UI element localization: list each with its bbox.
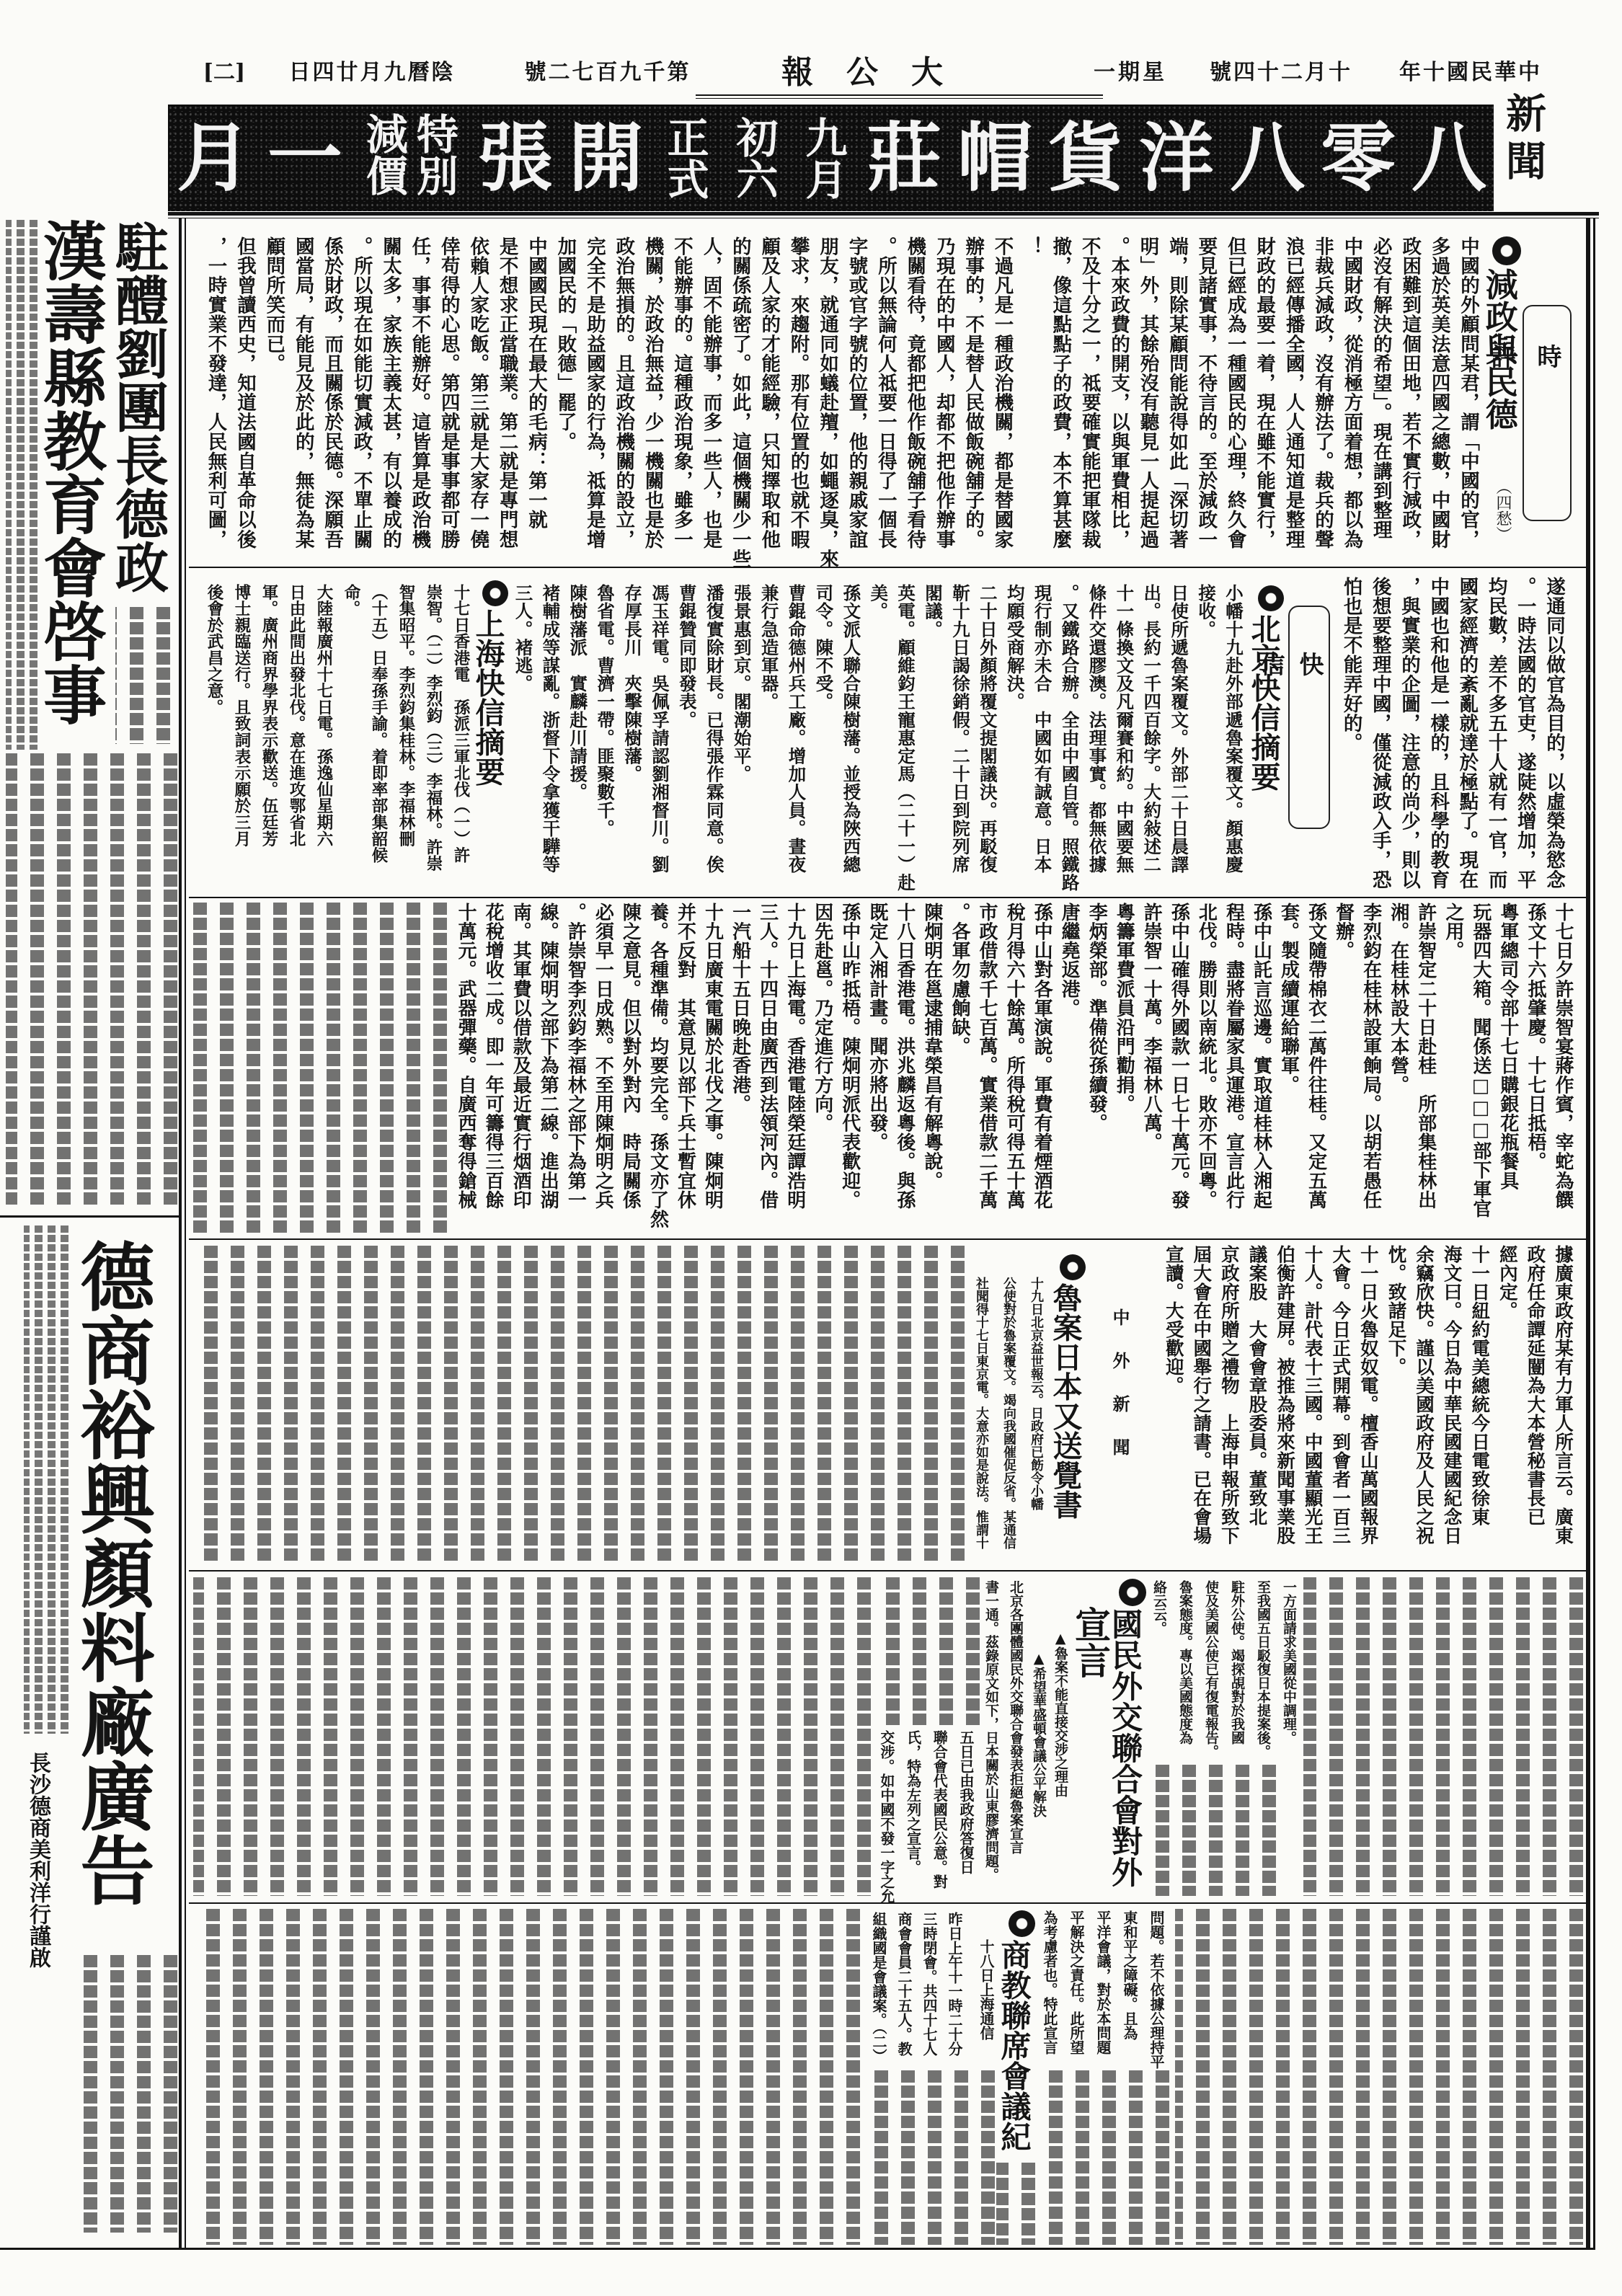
text-column: 完全不是助益國家的行為，祗算是增: [579, 236, 608, 572]
bullet-icon: [1119, 1579, 1146, 1606]
text-column: 十萬元。武器彈藥。自廣西奪得鎗械: [452, 903, 479, 1234]
illegible-fine-print: [115, 607, 170, 744]
text-column: 接收。: [1192, 584, 1220, 895]
banner-character: 張: [478, 120, 550, 195]
text-column: 孫文隨帶棉衣二萬件往桂。又定五萬: [1303, 903, 1330, 1234]
text-column: （十五）日奉孫手諭。着即率部集韶候: [365, 584, 392, 895]
section-label-foreign-news: 中外新聞: [1107, 1308, 1133, 1481]
text-column: 智集昭平。李烈鈞集桂林。李福林刪: [392, 584, 420, 895]
illegible-fine-print: [24, 1225, 68, 1734]
text-column: 中國財政，從消極方面着想，都以為: [1337, 236, 1365, 572]
text-column: 攀求，來趨附。那有位置的也就不暇: [783, 236, 812, 572]
text-column: 使及美國公使已有復電報告。: [1198, 1580, 1224, 1760]
text-column: 日由此間出發北伐。意在進攻鄂省北: [283, 584, 310, 895]
text-column: 現行制亦未合 中國如有誠意。日本: [1029, 584, 1056, 895]
text-column: 後會於武昌之意。: [200, 584, 228, 895]
text-column: 湘。在桂林設大本營。: [1385, 903, 1412, 1234]
text-column: 魯省電。曹濟一帶。匪聚數千。: [591, 584, 619, 895]
text-column: 係於財政，而且關係於民德。深願吾: [317, 236, 346, 572]
text-column: 不過凡是一種政治機關，都是替國家: [987, 236, 1016, 572]
text-column: 撤，像這點點子的政費，本不算甚麼: [1045, 236, 1074, 572]
text-column: 孫中山確得外國款一日七十萬元。發: [1165, 903, 1192, 1234]
bullet-icon: [1009, 1910, 1035, 1937]
text-column: 玩器四大箱。聞係送□□□部下軍官: [1467, 903, 1494, 1234]
text-column: 孫中山託言巡邊。實取道桂林入湘起: [1247, 903, 1275, 1234]
illegible-fine-print: [1175, 1909, 1583, 2245]
text-column: 中國國民現在最大的毛病：第一就: [521, 236, 550, 572]
text-column: 陳之意見。但以對外對內 時局關係: [616, 903, 644, 1234]
text-column: 既定入湘計畫。聞亦將出發。: [864, 903, 891, 1234]
section-label-commentary: 時評: [1523, 305, 1572, 521]
illegible-fine-print: [874, 1577, 980, 1725]
right-frame: [1593, 218, 1595, 2248]
weekday: 星期一: [1090, 56, 1171, 89]
masthead-rule: [696, 94, 1103, 96]
text-column: ！: [1016, 236, 1045, 572]
text-column: 十八日香港電。洪兆麟返粵後。與孫: [891, 903, 918, 1234]
text-column: 李炳榮部。準備從孫續發。: [1083, 903, 1110, 1234]
text-column: 并不反對 其意見以部下兵士暫宜休: [671, 903, 699, 1234]
meeting-report-title-text: 商教聯席會議紀: [997, 1939, 1032, 2151]
text-column: 平解決之責任。此所望: [1063, 1910, 1089, 2069]
bullet-icon: [1060, 1254, 1086, 1280]
banner-character: 洋: [1139, 120, 1211, 195]
text-column: 曹錕命德州兵工廠。增加人員。晝夜: [783, 584, 810, 895]
dye-factory-ad-signature: 長沙德商美利洋行謹啟: [22, 1752, 53, 1990]
text-column: 三人。褚逃。: [510, 584, 537, 895]
banner-character: 九月: [797, 112, 848, 204]
text-column: 經內定。: [1493, 1245, 1521, 1566]
text-column: 非裁兵減政，沒有辦法了。裁兵的聲: [1308, 236, 1337, 572]
text-column: 條件交還膠澳。法理事實。都無依據: [1083, 584, 1111, 895]
editorial-title-text: 減政與民德: [1480, 267, 1518, 430]
news-side-label: 新聞: [1502, 92, 1544, 200]
text-column: 。本來政費的開支，以與軍費相比，: [1104, 236, 1133, 572]
notice-heading-liu: 駐醴劉團長德政: [105, 220, 171, 602]
text-column: 東和平之障礙。且為: [1116, 1910, 1143, 2069]
text-column: 李烈鈞在桂林設軍餉局。以胡若愚任: [1357, 903, 1385, 1234]
text-column: 氏，特為左列之宣言。: [900, 1730, 926, 1897]
shanghai-news-title-text: 上海快信摘要: [470, 608, 505, 786]
beijing-news-title: 北京快信摘要: [1251, 585, 1284, 802]
text-column: 機關，於政治無益，少一機關也是於: [637, 236, 666, 572]
text-column: 北京各團體國民外交聯合會發表拒絕魯案宣言: [1003, 1580, 1028, 1897]
text-column: 組織國是會議案。（二）: [866, 1912, 891, 2067]
text-column: 倖苟得的心思。第四就是事事都可勝: [433, 236, 462, 572]
text-column: 遂通同以做官為目的，以虛榮為慾念: [1539, 577, 1568, 894]
meeting-report-title: 商教聯席會議紀: [1001, 1910, 1035, 2155]
text-column: 的關係疏密了。如此，這個機關少一些: [724, 236, 753, 572]
text-column: 陳樹藩派 實麟赴川請援。: [564, 584, 591, 895]
banner-character: 月: [177, 120, 249, 195]
text-column: 閣議。: [919, 584, 947, 895]
text-column: 大會。今日正式開幕。到會者一百三: [1326, 1245, 1355, 1566]
bottom-frame: [0, 2248, 1595, 2250]
illegible-fine-print: [864, 2070, 995, 2245]
text-column: 中國也和他是一樣的，且科學的教育: [1423, 577, 1452, 894]
text-column: 屆大會在中國舉行之請書。已在會場: [1187, 1245, 1215, 1566]
text-column: 機關看待，竟都把他作飯碗舖子看待: [900, 236, 929, 572]
declaration-body: 北京各團體國民外交聯合會發表拒絕魯案宣言書一通。茲錄原文如下，日本關於山東膠濟問…: [979, 1580, 1028, 1897]
text-column: 一汽船十五日晚赴香港。: [727, 903, 754, 1234]
text-column: 伯衡許建屏。被推為將來新聞事業股: [1270, 1245, 1298, 1566]
text-column: 十九日上海電。香港電陸榮廷譚浩明: [781, 903, 809, 1234]
row-divider: [189, 1238, 1586, 1240]
text-column: 忱。致諸足下。: [1382, 1245, 1410, 1566]
banner-character: 帽: [957, 120, 1029, 195]
text-column: 商會會員二十五人。教: [891, 1912, 916, 2067]
banner-character: 八: [1230, 120, 1302, 195]
column-divider: [185, 218, 186, 2248]
text-column: 線。陳炯明之部下為第二線。進出湖: [534, 903, 562, 1234]
text-column: 二十日外顏將覆文提閣議決。再駁復: [974, 584, 1001, 895]
text-column: 關太多，家族主義太甚，有以養成的: [376, 236, 404, 572]
declaration-subheads: ▲魯案不能直接交涉之理由▲希望華盛頓會議公平解決: [1028, 1631, 1071, 1897]
text-column: 。許崇智李烈鈞李福林之部下為第一: [562, 903, 589, 1234]
banner-character: 初六: [729, 112, 779, 204]
illegible-fine-print: [193, 1577, 871, 1896]
banner-bottom-rule: [168, 212, 1599, 216]
text-column: 英電。顧維鈞王寵惠定馬（二十一）赴: [892, 584, 919, 895]
text-column: 。各軍勿慮餉缺。: [946, 903, 973, 1234]
text-column: 美。: [864, 584, 892, 895]
text-column: 督辦。: [1330, 903, 1357, 1234]
text-column: 十七日夕許崇智宴蔣作賓，宰蛇為饌: [1549, 903, 1577, 1234]
lunar-date: 陰曆九月廿四日: [287, 56, 457, 89]
text-column: 怕也是不能弄好的。: [1336, 577, 1365, 894]
shanghai-news-title: 上海快信摘要: [474, 580, 508, 804]
issue-number: 第千九百七二號: [520, 56, 695, 89]
text-column: 命。: [337, 584, 365, 895]
illegible-fine-print: [1148, 1765, 1276, 1896]
text-column: 不及十分之一，祗要確實能把軍隊裁: [1074, 236, 1103, 572]
text-column: 聯合會代表國民公意。對: [926, 1730, 953, 1897]
illegible-fine-print: [1303, 1577, 1583, 1896]
text-column: 絡云云。: [1146, 1580, 1172, 1760]
text-column: 昨日上午十一時二十分: [941, 1912, 967, 2067]
text-column: 孫中山昨抵梧。陳炯明派代表歡迎。: [836, 903, 864, 1234]
text-column: 小幡十九赴外部遞魯案覆文。顏惠慶: [1220, 584, 1247, 895]
text-column: 孫文十六抵肇慶。十七日抵梧。: [1522, 903, 1549, 1234]
text-column: 褚輔成等謀亂。浙督下令拿獲干驊等: [536, 584, 564, 895]
text-column: 顧及人家的才能經驗，只知擇取和他: [754, 236, 783, 572]
illegible-fine-print: [193, 1246, 965, 1563]
lu-case-body: 十九日北京益世報云。日政府已飭令小幡公使對於魯案覆文。竭向我國催促反省。某通信社…: [967, 1277, 1050, 1565]
bullet-icon: [1258, 585, 1284, 611]
text-column: 陳炯明在邕逮捕韋榮昌有解粵說。: [918, 903, 946, 1234]
text-column: 後想要整理中國，僅從減政入手，恐: [1365, 577, 1394, 894]
meeting-report-dateline: 十八日上海通信: [977, 1939, 996, 2058]
text-column: 書一通。茲錄原文如下，日本關於山東膠濟問題。: [979, 1580, 1003, 1897]
republic-year: 中華民國十年: [1399, 56, 1543, 89]
banner-character: 正式: [660, 112, 710, 204]
text-column: 余竊欣快。謹以美國政府及人民之祝: [1409, 1245, 1437, 1566]
text-column: 三時閉會。共四十七人: [916, 1912, 941, 2067]
banner-character: 八: [1412, 120, 1484, 195]
text-column: 但已經成為一種國民的心理，終久會: [1220, 236, 1249, 572]
text-column: 財政的最要一着，現在雖不能實行，: [1249, 236, 1278, 572]
text-column: 依賴人家吃飯。第三就是大家存一僥: [463, 236, 492, 572]
text-column: 一方面請求美國從中調理。: [1276, 1580, 1302, 1760]
text-column: 十九日廣東電關於北伐之事。陳炯明: [699, 903, 727, 1234]
banner-character: 莊: [867, 120, 939, 195]
text-column: 字號或官字號的位置，他的親戚家誼: [841, 236, 870, 572]
text-column: 平洋會議，對於本問題: [1089, 1910, 1116, 2069]
text-column: 日使所遞魯案覆文。外部二十日晨譯: [1165, 584, 1192, 895]
text-column: 政府任命譚延闓為大本營秘書長已: [1521, 1245, 1549, 1566]
text-column: 中國的外顧問某君，謂「中國的官，: [1453, 236, 1482, 572]
text-column: 套。製成續運給聯軍。: [1275, 903, 1302, 1234]
text-column: 海文曰。今日為中華民國建國紀念日: [1437, 1245, 1466, 1566]
text-column: 均民數，差不多五十人就有一官，而: [1481, 577, 1510, 894]
subhead: ▲希望華盛頓會議公平解決: [1028, 1631, 1050, 1897]
text-column: 之用。: [1440, 903, 1467, 1234]
text-column: 宣讀。大受歡迎。: [1159, 1245, 1187, 1566]
text-column: 張景惠到京。閣潮始平。: [728, 584, 755, 895]
text-column: 但我曾讀西史，知道法國自革命以後: [230, 236, 259, 572]
editorial-author: （四愁）: [1492, 479, 1512, 525]
text-column: 曹錕贊同即發表。: [673, 584, 701, 895]
text-column: 軍。廣州商界學界表示歡送。伍廷芳: [255, 584, 283, 895]
text-column: 均願受商解決。: [1001, 584, 1029, 895]
text-column: 朋友，就通同如蟻赴羶，如蠅逐臭，來: [812, 236, 841, 572]
text-column: 大陸報廣州十七日電。孫逸仙星期六: [310, 584, 337, 895]
text-column: 因先赴邕。乃定進行方向。: [809, 903, 836, 1234]
editorial-body-continued: 遂通同以做官為目的，以虛榮為慾念。一時法國的官吏，遂陡然增加，平均民數，差不多五…: [1336, 577, 1568, 894]
text-column: 問題。若不依據公理持平: [1143, 1910, 1169, 2069]
text-column: 兼行急造軍器。: [755, 584, 783, 895]
declaration-body-partial: 五日已由我政府答復日聯合會代表國民公意。對氏，特為左列之宣言。交涉。如中國不發一…: [873, 1730, 979, 1897]
text-column: 司令。陳不受。: [810, 584, 838, 895]
text-column: 政治無損的。且這政治機關的設立，: [608, 236, 637, 572]
text-column: 國當局，有能見及於此的，無徒為某: [288, 236, 316, 572]
foreign-news-briefs: 據廣東政府某有力軍人所言云。廣東政府任命譚延闓為大本營秘書長已經內定。十一日紐約…: [1159, 1245, 1577, 1566]
text-column: 潘復實除財長。已得張作霖同意。俟: [701, 584, 728, 895]
text-column: 許崇智定二十日赴桂 所部集桂林出: [1412, 903, 1440, 1234]
page-number: [二]: [202, 56, 247, 89]
text-column: 必須早一日成熟。不至用陳炯明之兵: [589, 903, 616, 1234]
text-column: 十七日香港電 孫派三軍北伐（一）許: [447, 584, 474, 895]
text-column: 至我國五日駁復日本提案後。: [1250, 1580, 1276, 1760]
text-column: 靳十九日謁徐銷假。二十日到院列席: [947, 584, 974, 895]
text-column: 。又鐵路合辦。全由中國自管。照鐵路: [1056, 584, 1083, 895]
beijing-news-title-text: 北京快信摘要: [1246, 613, 1280, 791]
illegible-fine-print: [72, 1955, 177, 2233]
right-frame: [1586, 218, 1590, 2248]
illegible-fine-print: [1036, 2070, 1169, 2245]
banner-character: 貨: [1048, 120, 1120, 195]
text-column: ，一時實業不發達，人民無利可圖，: [200, 236, 229, 572]
text-column: 北伐。勝則以南統北。敗亦不回粵。: [1192, 903, 1220, 1234]
text-column: 十人。計代表十三國。中國董顯光王: [1298, 1245, 1326, 1566]
illegible-fine-print: [193, 903, 447, 1234]
text-column: 是不想求正當職業。第二就是專門想: [492, 236, 520, 572]
text-column: 。所以現在如能切實減政，不單止關: [346, 236, 375, 572]
banner-character: 開: [569, 120, 641, 195]
ad-divider: [0, 1215, 179, 1218]
text-column: 多過於英美法意四國之總數，中國財: [1424, 236, 1453, 572]
row-divider: [189, 897, 1586, 898]
text-column: 乃現在的中國人，却都不把他作辦事: [929, 236, 957, 572]
dye-factory-ad-heading: 德商裕興顏料廠廣告: [71, 1238, 151, 1916]
text-column: 十一條換文及凡爾賽和約。中國要無: [1110, 584, 1138, 895]
declaration-title-text: 國民外交聯合會對外: [1107, 1608, 1143, 1887]
text-column: 存厚長川 夾擊陳樹藩。: [619, 584, 646, 895]
text-column: 市政借款千七百萬。實業借款二千萬: [973, 903, 1001, 1234]
masthead: 大公報: [787, 56, 976, 89]
lu-case-title: 魯案日本又送覺書: [1050, 1254, 1086, 1543]
row-divider: [189, 1570, 1586, 1572]
lu-case-title-text: 魯案日本又送覺書: [1047, 1282, 1082, 1519]
text-column: 養。各種準備。均要完全。孫文亦了然: [644, 903, 671, 1234]
text-column: 魯案態度。專以美國態度為: [1172, 1580, 1198, 1760]
text-column: ，與實業的企圖，注意的尚少，則以: [1394, 577, 1423, 894]
text-column: 加國民的「敗德」罷了。: [550, 236, 579, 572]
illegible-fine-print: [193, 1909, 860, 2245]
declaration-title-suffix: 宣言: [1071, 1606, 1109, 1693]
text-column: 公使對於魯案覆文。竭向我國催促反省。某通信: [995, 1277, 1022, 1565]
text-column: 崇智。（二）李烈鈞（三）李福林。許崇: [420, 584, 447, 895]
illegible-fine-print: [996, 2163, 1035, 2245]
text-column: 明」外，其餘殆沒有聽見一人提起過: [1133, 236, 1161, 572]
bullet-icon: [1492, 236, 1521, 265]
notice-heading-education-association: 漢壽縣教育會啓事: [37, 218, 104, 737]
text-column: 駐外公使。竭探覘對於我國: [1224, 1580, 1250, 1760]
banner-character: 特別減價: [358, 112, 459, 203]
text-column: 要見諸實事，不待言的。至於減政一: [1191, 236, 1220, 572]
text-column: 十九日北京益世報云。日政府已飭令小幡: [1022, 1277, 1050, 1565]
newspaper-page: [二] 陰曆九月廿四日 第千九百七二號 大公報 星期一 十月二十四號 中華民國十…: [0, 0, 1622, 2296]
banner-character: 一: [267, 120, 340, 195]
text-column: 京政府所贈之禮物 上海申報所致下: [1215, 1245, 1243, 1566]
text-column: 唐繼堯返港。: [1055, 903, 1083, 1234]
text-column: 。所以無論何人祗要一日得了一個長: [870, 236, 899, 572]
text-column: 十一日火魯奴奴電。檀香山萬國報界: [1354, 1245, 1382, 1566]
text-column: 。一時法國的官吏，遂陡然增加，平: [1510, 577, 1539, 894]
illegible-fine-print: [6, 753, 177, 1207]
subhead: ▲魯案不能直接交涉之理由: [1050, 1631, 1071, 1897]
text-column: 端，則除某顧問能說得如此「深切著: [1162, 236, 1191, 572]
text-column: 為考慮者也。特此宣言: [1036, 1910, 1063, 2069]
beijing-news-body: 小幡十九赴外部遞魯案覆文。顏惠慶接收。日使所遞魯案覆文。外部二十日晨譯出。長約一…: [510, 584, 1247, 895]
illegible-fine-print: [6, 220, 37, 750]
text-column: 粵軍總司令部十七日購銀花瓶餐具: [1494, 903, 1522, 1234]
declaration-title: 國民外交聯合會對外: [1110, 1579, 1146, 1900]
masthead-rule: [696, 98, 1103, 99]
text-column: 五日已由我政府答復日: [952, 1730, 979, 1897]
text-column: 浪已經傳播全國，人人通知道是整理: [1278, 236, 1307, 572]
banner-bottom-rule: [168, 218, 1599, 218]
text-column: 交涉。如中國不發一字之允: [873, 1730, 900, 1897]
text-column: 議案股 大會會章股委員。董致北: [1243, 1245, 1271, 1566]
text-column: 社聞得十七日東京電。大意亦如是說法。惟謂十: [967, 1277, 995, 1565]
text-column: 花稅增收二成。即一年可籌得三百餘: [479, 903, 507, 1234]
text-column: 博士親臨送行。且致詞表示願於三月: [228, 584, 255, 895]
banner-advertisement: 八零八洋貨帽莊九月初六正式開張特別減價一月: [168, 105, 1494, 211]
text-column: 十一日紐約電美總統今日電致徐東: [1466, 1245, 1494, 1566]
editorial-body: 中國的外顧問某君，謂「中國的官，多過於英美法意四國之總數，中國財政困難到這個田地…: [200, 236, 1482, 572]
text-column: 必沒有解決的希望」。現在講到整理: [1365, 236, 1394, 572]
text-column: 據廣東政府某有力軍人所言云。廣東: [1548, 1245, 1577, 1566]
text-column: 出。長約一千四百餘字。大約敍述二: [1138, 584, 1165, 895]
section-label-quick-news: 快信: [1288, 606, 1330, 829]
southern-news-body: 十七日夕許崇智宴蔣作賓，宰蛇為饌孫文十六抵肇慶。十七日抵梧。粵軍總司令部十七日購…: [452, 903, 1577, 1234]
banner-character: 零: [1321, 120, 1393, 195]
text-column: 政困難到這個田地，若不實行減政，: [1395, 236, 1424, 572]
text-column: 粵籌軍費派員沿門勸捐。: [1110, 903, 1138, 1234]
text-column: 孫文派人聯合陳樹藩。並授為陜西總: [837, 584, 864, 895]
bullet-icon: [482, 580, 508, 606]
editorial-title: 減政與民德: [1484, 236, 1521, 474]
us-stance-report: 一方面請求美國從中調理。至我國五日駁復日本提案後。駐外公使。竭探覘對於我國使及美…: [1146, 1580, 1302, 1760]
text-column: 辦事的，不是替人民做飯碗舖子的。: [958, 236, 987, 572]
shanghai-news-body: 十七日香港電 孫派三軍北伐（一）許崇智。（二）李烈鈞（三）李福林。許崇智集昭平。…: [200, 584, 474, 895]
text-column: 孫中山對各軍演說。軍費有着煙酒花: [1028, 903, 1055, 1234]
text-column: 不能辦事的。這種政治現象，雖多一: [667, 236, 696, 572]
text-column: 稅月得六十餘萬。所得稅可得五十萬: [1001, 903, 1028, 1234]
text-column: 任，事事不能辦好。這皆算是政治機: [404, 236, 433, 572]
gregorian-date: 十月二十四號: [1211, 56, 1352, 89]
text-column: 人，固不能辦事，而多一些人，也是: [696, 236, 724, 572]
text-column: 程時。盡將眷屬家具運港。宣言此行: [1220, 903, 1247, 1234]
text-column: 許崇智一十萬。李福林八萬。: [1138, 903, 1165, 1234]
text-column: 三人。十四日由廣西到法領河內。借: [754, 903, 781, 1234]
meeting-report-body: 昨日上午十一時二十分三時閉會。共四十七人商會會員二十五人。教組織國是會議案。（二…: [866, 1912, 967, 2067]
text-column: 南。其軍費以借款及最近實行烟酒印: [507, 903, 534, 1234]
text-column: 顧問所笑而已。: [259, 236, 288, 572]
column-divider: [179, 218, 182, 2248]
text-column: 馮玉祥電。吳佩孚請認劉湘督川。劉: [646, 584, 673, 895]
declaration-closing: 問題。若不依據公理持平東和平之障礙。且為平洋會議，對於本問題平解決之責任。此所望…: [1036, 1910, 1169, 2069]
text-column: 國家經濟的紊亂就達於極點了。現在: [1452, 577, 1481, 894]
